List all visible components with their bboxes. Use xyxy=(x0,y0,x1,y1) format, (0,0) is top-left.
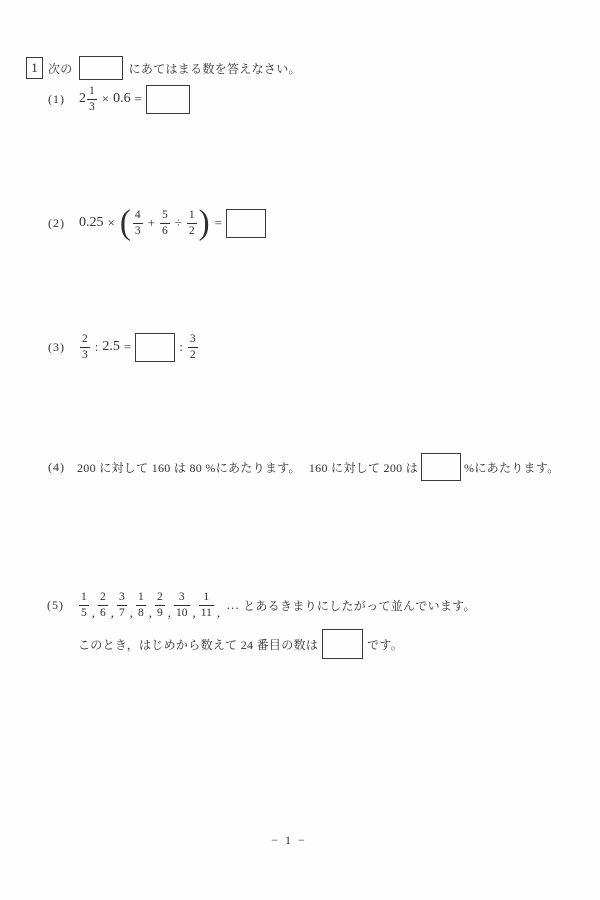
answer-box-4 xyxy=(421,453,461,481)
fraction-numerator: 3 xyxy=(117,590,127,604)
sequence-comma: , xyxy=(111,605,114,624)
problem-2-label: (2) xyxy=(48,216,65,231)
fraction-denominator: 6 xyxy=(98,605,108,620)
sequence-comma: , xyxy=(193,605,196,624)
problem-3-row: (3) 2 3 : 2.5 = : 3 2 xyxy=(48,329,199,365)
section-number: 1 xyxy=(31,60,38,76)
plus-operator: + xyxy=(148,215,155,231)
problem-2-coefficient: 0.25 xyxy=(79,215,104,231)
problem-1-fraction: 1 3 xyxy=(87,84,97,114)
fraction-numerator: 1 xyxy=(87,84,97,98)
problem-5-line2-suffix: です。 xyxy=(367,636,403,653)
fraction-denominator: 11 xyxy=(199,605,214,620)
fraction-denominator: 8 xyxy=(136,605,146,620)
problem-1-whole-number: 2 xyxy=(79,91,86,107)
sequence-fraction-6: 3 10 xyxy=(174,590,190,620)
problem-5-answer-row: このとき，はじめから数えて 24 番目の数は です。 xyxy=(78,628,403,660)
multiply-operator: × xyxy=(102,91,109,107)
fraction-numerator: 5 xyxy=(160,208,170,222)
answer-box-2 xyxy=(226,209,266,238)
problem-2-fraction-3: 1 2 xyxy=(187,208,197,238)
equals-operator: = xyxy=(215,215,222,231)
fraction-numerator: 3 xyxy=(188,332,198,346)
problem-4-suffix: %にあたります。 xyxy=(464,459,559,476)
problem-4-sentence-2: 160 に対して 200 は xyxy=(309,459,418,476)
fraction-numerator: 1 xyxy=(136,590,146,604)
problem-2-row: (2) 0.25 × ( 4 3 + 5 6 ÷ 1 2 ) = xyxy=(48,203,266,243)
sequence-comma: , xyxy=(130,605,133,624)
problem-5-line1-text: とあるきまりにしたがって並んでいます。 xyxy=(243,597,476,614)
header-blank-box xyxy=(79,56,123,80)
ratio-colon: : xyxy=(95,339,99,355)
sequence-fraction-7: 1 11 xyxy=(199,590,214,620)
sequence-comma: , xyxy=(217,605,220,624)
fraction-denominator: 3 xyxy=(133,223,143,238)
fraction-numerator: 2 xyxy=(155,590,165,604)
header-row: 1 次の にあてはまる数を答えなさい。 xyxy=(26,55,301,81)
problem-5-sequence-row: (5) 1 5 , 2 6 , 3 7 , 1 8 , 2 9 , 3 10 xyxy=(47,586,476,624)
page-number: − 1 − xyxy=(0,833,578,848)
header-text-after-box: にあてはまる数を答えなさい。 xyxy=(129,60,301,77)
equals-operator: = xyxy=(135,91,142,107)
problem-4-label: (4) xyxy=(48,460,65,475)
fraction-denominator: 3 xyxy=(87,99,97,114)
worksheet-page: 1 次の にあてはまる数を答えなさい。 (1) 2 1 3 × 0.6 = (2… xyxy=(0,0,600,900)
problem-3-fraction-2: 3 2 xyxy=(188,332,198,362)
sequence-comma: , xyxy=(92,605,95,624)
fraction-denominator: 5 xyxy=(79,605,89,620)
problem-4-sentence-1: 200 に対して 160 は 80 %にあたります。 xyxy=(77,459,301,476)
fraction-numerator: 1 xyxy=(79,590,89,604)
fraction-numerator: 2 xyxy=(98,590,108,604)
problem-1-row: (1) 2 1 3 × 0.6 = xyxy=(48,83,190,115)
sequence-fraction-5: 2 9 xyxy=(155,590,165,620)
fraction-denominator: 9 xyxy=(155,605,165,620)
problem-5-line2-text: このとき，はじめから数えて 24 番目の数は xyxy=(78,636,318,653)
fraction-numerator: 1 xyxy=(187,208,197,222)
open-paren: ( xyxy=(120,206,131,241)
sequence-fraction-1: 1 5 xyxy=(79,590,89,620)
problem-2-fraction-1: 4 3 xyxy=(133,208,143,238)
fraction-denominator: 3 xyxy=(80,347,90,362)
sequence-ellipsis: … xyxy=(226,597,239,613)
answer-box-3 xyxy=(135,333,175,362)
multiply-operator: × xyxy=(108,215,115,231)
problem-1-decimal: 0.6 xyxy=(113,91,131,107)
answer-box-1 xyxy=(146,85,190,114)
answer-box-5 xyxy=(322,629,363,659)
section-number-box: 1 xyxy=(26,57,43,79)
header-text-before-box: 次の xyxy=(48,60,73,77)
close-paren: ) xyxy=(199,206,210,241)
sequence-fraction-4: 1 8 xyxy=(136,590,146,620)
equals-operator: = xyxy=(124,339,131,355)
problem-5-label: (5) xyxy=(47,598,64,613)
sequence-comma: , xyxy=(149,605,152,624)
fraction-numerator: 4 xyxy=(133,208,143,222)
problem-3-decimal: 2.5 xyxy=(102,339,120,355)
fraction-denominator: 2 xyxy=(188,347,198,362)
fraction-numerator: 1 xyxy=(201,590,211,604)
fraction-denominator: 2 xyxy=(187,223,197,238)
sequence-comma: , xyxy=(168,605,171,624)
fraction-denominator: 10 xyxy=(174,605,190,620)
ratio-colon: : xyxy=(179,339,183,355)
sequence-fraction-2: 2 6 xyxy=(98,590,108,620)
sequence-fraction-3: 3 7 xyxy=(117,590,127,620)
fraction-numerator: 3 xyxy=(177,590,187,604)
problem-4-row: (4) 200 に対して 160 は 80 %にあたります。 160 に対して … xyxy=(48,452,559,482)
fraction-denominator: 7 xyxy=(117,605,127,620)
fraction-numerator: 2 xyxy=(80,332,90,346)
problem-2-fraction-2: 5 6 xyxy=(160,208,170,238)
problem-3-label: (3) xyxy=(48,340,65,355)
problem-1-label: (1) xyxy=(48,92,65,107)
fraction-denominator: 6 xyxy=(160,223,170,238)
divide-operator: ÷ xyxy=(175,215,182,231)
problem-3-fraction-1: 2 3 xyxy=(80,332,90,362)
